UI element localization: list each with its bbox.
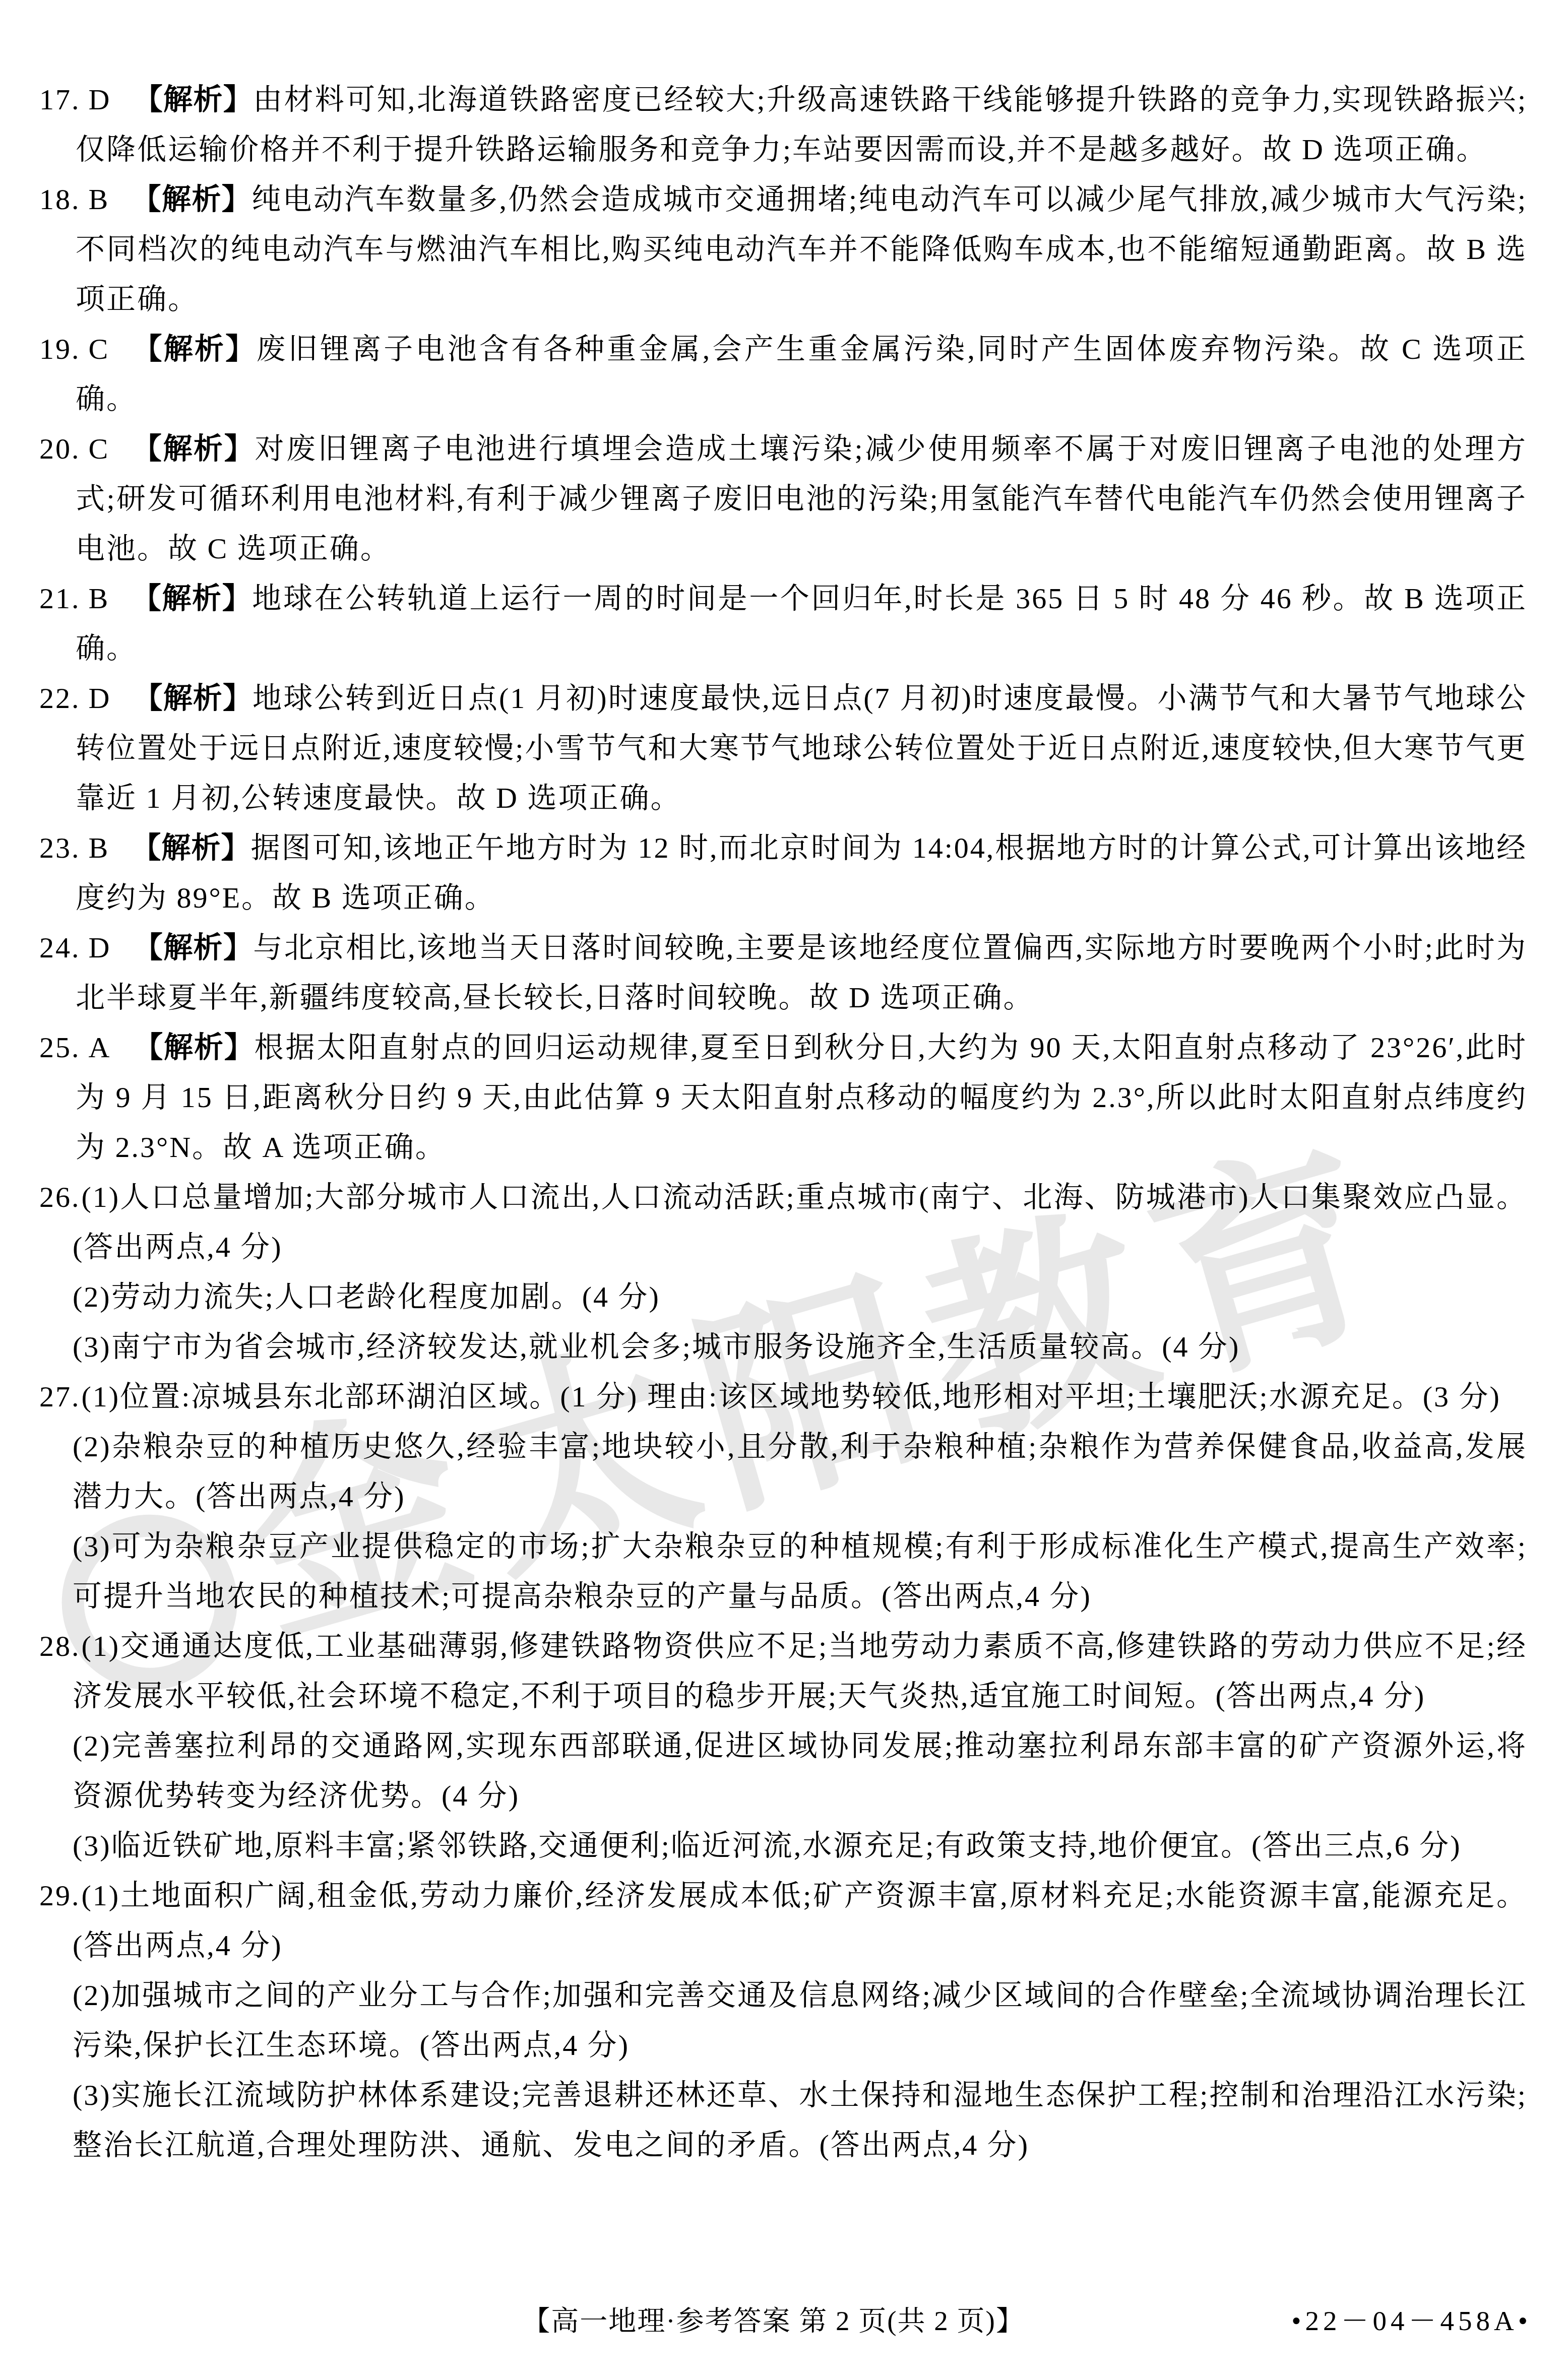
analysis-tag: 【解析】 — [133, 1031, 254, 1064]
analysis-tag: 【解析】 — [132, 582, 252, 615]
analysis-tag: 【解析】 — [132, 831, 250, 864]
answer-letter: D — [89, 83, 111, 116]
analysis-tag: 【解析】 — [132, 183, 252, 216]
answer-part: 26.(1)人口总量增加;大部分城市人口流出,人口流动活跃;重点城市(南宁、北海… — [39, 1172, 1527, 1272]
part-label: (2) — [73, 1979, 111, 2012]
answer-letter: B — [89, 582, 110, 615]
part-text: 杂粮杂豆的种植历史悠久,经验丰富;地块较小,且分散,利于杂粮种植;杂粮作为营养保… — [73, 1430, 1527, 1513]
question-number: 27. — [39, 1380, 81, 1413]
part-text: 可为杂粮杂豆产业提供稳定的市场;扩大杂粮杂豆的种植规模;有利于形成标准化生产模式… — [73, 1530, 1527, 1613]
answer-part: (3)实施长江流域防护林体系建设;完善退耕还林还草、水土保持和湿地生态保护工程;… — [73, 2070, 1527, 2170]
question-number: 19. — [39, 333, 81, 365]
analysis-text: 由材料可知,北海道铁路密度已经较大;升级高速铁路干线能够提升铁路的竞争力,实现铁… — [76, 83, 1527, 166]
answer-part: (3)南宁市为省会城市,经济较发达,就业机会多;城市服务设施齐全,生活质量较高。… — [73, 1322, 1527, 1372]
question-number: 21. — [39, 582, 81, 615]
answer-item-29: 29.(1)土地面积广阔,租金低,劳动力廉价,经济发展成本低;矿产资源丰富,原材… — [39, 1871, 1527, 2170]
analysis-tag: 【解析】 — [133, 931, 253, 964]
answer-letter: B — [89, 183, 110, 216]
answer-item-22: 22.D【解析】地球公转到近日点(1 月初)时速度最快,远日点(7 月初)时速度… — [39, 673, 1527, 823]
answer-item-21: 21.B【解析】地球在公转轨道上运行一周的时间是一个回归年,时长是 365 日 … — [39, 573, 1527, 673]
answer-item-23: 23.B【解析】据图可知,该地正午地方时为 12 时,而北京时间为 14:04,… — [39, 823, 1527, 923]
analysis-tag: 【解析】 — [133, 83, 253, 116]
answers-list: 17.D【解析】由材料可知,北海道铁路密度已经较大;升级高速铁路干线能够提升铁路… — [39, 75, 1527, 2170]
paper-code: •22－04－458A• — [1291, 2296, 1532, 2346]
part-text: 加强城市之间的产业分工与合作;加强和完善交通及信息网络;减少区域间的合作壁垒;全… — [73, 1979, 1527, 2062]
answer-item-19: 19.C【解析】废旧锂离子电池含有各种重金属,会产生重金属污染,同时产生固体废弃… — [39, 324, 1527, 424]
part-label: (3) — [73, 1530, 111, 1563]
footer-title: 【高一地理·参考答案 第 2 页(共 2 页)】 — [522, 2296, 1025, 2346]
answer-part: (3)可为杂粮杂豆产业提供稳定的市场;扩大杂粮杂豆的种植规模;有利于形成标准化生… — [73, 1521, 1527, 1621]
part-text: 南宁市为省会城市,经济较发达,就业机会多;城市服务设施齐全,生活质量较高。(4 … — [111, 1330, 1240, 1363]
part-text: 人口总量增加;大部分城市人口流出,人口流动活跃;重点城市(南宁、北海、防城港市)… — [73, 1181, 1527, 1263]
question-number: 18. — [39, 183, 81, 216]
answer-part: (2)加强城市之间的产业分工与合作;加强和完善交通及信息网络;减少区域间的合作壁… — [73, 1970, 1527, 2070]
part-text: 实施长江流域防护林体系建设;完善退耕还林还草、水土保持和湿地生态保护工程;控制和… — [73, 2079, 1527, 2161]
answer-part: 28.(1)交通通达度低,工业基础薄弱,修建铁路物资供应不足;当地劳动力素质不高… — [39, 1621, 1527, 1721]
question-number: 29. — [39, 1879, 81, 1912]
part-label: (2) — [73, 1729, 111, 1762]
analysis-tag: 【解析】 — [133, 682, 253, 715]
part-text: 位置:凉城县东北部环湖泊区域。(1 分) 理由:该区域地势较低,地形相对平坦;土… — [120, 1380, 1501, 1413]
part-label: (3) — [73, 1330, 111, 1363]
analysis-tag: 【解析】 — [132, 432, 255, 465]
analysis-text: 根据太阳直射点的回归运动规律,夏至日到秋分日,大约为 90 天,太阳直射点移动了… — [76, 1031, 1527, 1164]
question-number: 17. — [39, 83, 81, 116]
answer-part: 29.(1)土地面积广阔,租金低,劳动力廉价,经济发展成本低;矿产资源丰富,原材… — [39, 1871, 1527, 1970]
answer-item-20: 20.C【解析】对废旧锂离子电池进行填埋会造成土壤污染;减少使用频率不属于对废旧… — [39, 424, 1527, 573]
page-footer: 【高一地理·参考答案 第 2 页(共 2 页)】 •22－04－458A• — [0, 2296, 1567, 2356]
part-label: (1) — [82, 1380, 120, 1413]
question-number: 24. — [39, 931, 81, 964]
part-label: (2) — [73, 1430, 111, 1463]
answer-item-26: 26.(1)人口总量增加;大部分城市人口流出,人口流动活跃;重点城市(南宁、北海… — [39, 1172, 1527, 1372]
part-text: 完善塞拉利昂的交通路网,实现东西部联通,促进区域协同发展;推动塞拉利昂东部丰富的… — [73, 1729, 1527, 1812]
answer-item-17: 17.D【解析】由材料可知,北海道铁路密度已经较大;升级高速铁路干线能够提升铁路… — [39, 75, 1527, 174]
analysis-text: 对废旧锂离子电池进行填埋会造成土壤污染;减少使用频率不属于对废旧锂离子电池的处理… — [76, 432, 1527, 565]
answer-item-28: 28.(1)交通通达度低,工业基础薄弱,修建铁路物资供应不足;当地劳动力素质不高… — [39, 1621, 1527, 1871]
answer-part: (2)劳动力流失;人口老龄化程度加剧。(4 分) — [73, 1272, 1527, 1322]
answer-key-page: { "items": [ { "number": "17.", "answer"… — [0, 0, 1567, 2380]
answer-part: 27.(1)位置:凉城县东北部环湖泊区域。(1 分) 理由:该区域地势较低,地形… — [39, 1372, 1527, 1422]
answer-letter: B — [89, 831, 110, 864]
question-number: 23. — [39, 831, 81, 864]
answer-item-18: 18.B【解析】纯电动汽车数量多,仍然会造成城市交通拥堵;纯电动汽车可以减少尾气… — [39, 174, 1527, 324]
answer-part: (2)完善塞拉利昂的交通路网,实现东西部联通,促进区域协同发展;推动塞拉利昂东部… — [73, 1721, 1527, 1821]
analysis-text: 地球公转到近日点(1 月初)时速度最快,远日点(7 月初)时速度最慢。小满节气和… — [76, 682, 1527, 814]
analysis-text: 地球在公转轨道上运行一周的时间是一个回归年,时长是 365 日 5 时 48 分… — [76, 582, 1527, 665]
answer-part: (2)杂粮杂豆的种植历史悠久,经验丰富;地块较小,且分散,利于杂粮种植;杂粮作为… — [73, 1422, 1527, 1521]
analysis-text: 纯电动汽车数量多,仍然会造成城市交通拥堵;纯电动汽车可以减少尾气排放,减少城市大… — [76, 183, 1527, 315]
part-label: (3) — [73, 1829, 111, 1862]
answer-part: (3)临近铁矿地,原料丰富;紧邻铁路,交通便利;临近河流,水源充足;有政策支持,… — [73, 1821, 1527, 1871]
analysis-text: 据图可知,该地正午地方时为 12 时,而北京时间为 14:04,根据地方时的计算… — [76, 831, 1527, 914]
question-number: 25. — [39, 1031, 81, 1064]
analysis-text: 与北京相比,该地当天日落时间较晚,主要是该地经度位置偏西,实际地方时要晚两个小时… — [76, 931, 1527, 1014]
answer-item-27: 27.(1)位置:凉城县东北部环湖泊区域。(1 分) 理由:该区域地势较低,地形… — [39, 1372, 1527, 1621]
analysis-tag: 【解析】 — [132, 333, 256, 365]
part-text: 临近铁矿地,原料丰富;紧邻铁路,交通便利;临近河流,水源充足;有政策支持,地价便… — [111, 1829, 1462, 1862]
answer-item-25: 25.A【解析】根据太阳直射点的回归运动规律,夏至日到秋分日,大约为 90 天,… — [39, 1022, 1527, 1172]
answer-letter: C — [89, 432, 110, 465]
question-number: 22. — [39, 682, 81, 715]
part-text: 交通通达度低,工业基础薄弱,修建铁路物资供应不足;当地劳动力素质不高,修建铁路的… — [73, 1630, 1527, 1712]
answer-letter: D — [89, 682, 111, 715]
part-text: 土地面积广阔,租金低,劳动力廉价,经济发展成本低;矿产资源丰富,原材料充足;水能… — [73, 1879, 1527, 1962]
part-label: (2) — [73, 1280, 111, 1313]
question-number: 28. — [39, 1630, 81, 1662]
answer-letter: C — [89, 333, 110, 365]
part-label: (3) — [73, 2079, 111, 2111]
part-label: (1) — [82, 1181, 120, 1213]
answer-letter: A — [89, 1031, 111, 1064]
question-number: 20. — [39, 432, 81, 465]
analysis-text: 废旧锂离子电池含有各种重金属,会产生重金属污染,同时产生固体废弃物污染。故 C … — [76, 333, 1527, 415]
question-number: 26. — [39, 1181, 81, 1213]
part-label: (1) — [82, 1879, 120, 1912]
answer-letter: D — [89, 931, 111, 964]
answer-item-24: 24.D【解析】与北京相比,该地当天日落时间较晚,主要是该地经度位置偏西,实际地… — [39, 923, 1527, 1022]
part-text: 劳动力流失;人口老龄化程度加剧。(4 分) — [111, 1280, 660, 1313]
part-label: (1) — [82, 1630, 120, 1662]
